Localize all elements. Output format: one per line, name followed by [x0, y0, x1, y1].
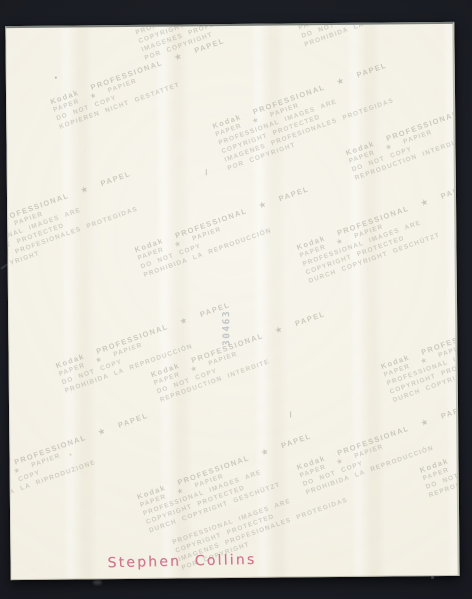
watermark-text-line: PAPER ★ PAPIER: [348, 96, 460, 166]
watermark-text-line: REPRODUCTION INTERDITE: [354, 113, 460, 183]
watermark-text-line: DO NOT COPY: [5, 428, 155, 498]
watermark-text-line: IMAGENES PROFESIONALES PROTEGIDAS: [5, 203, 144, 273]
watermark-text-line: PAPER ★ PAPIER: [139, 440, 316, 510]
watermark-text-line: DURCH COPYRIGHT GESCHÜTZT: [148, 465, 325, 535]
watermark-tile: Kodak PROFESSIONAL ★ PAPELPAPER ★ PAPIER…: [345, 87, 460, 183]
smudge-mark: [93, 580, 102, 585]
watermark-tile: Kodak PROFESSIONAL ★ PAPELPAPER ★ PAPIER…: [133, 184, 319, 280]
watermark-text-line: Kodak PROFESSIONAL ★ PAPEL: [419, 405, 460, 475]
watermark-text-line: PROFESSIONAL IMAGES ARE: [301, 199, 459, 269]
handwritten-name: Stephen Collins: [107, 552, 256, 572]
watermark-text-line: PAPER ★ PAPIER: [52, 45, 229, 115]
watermark-text-line: PROFESSIONAL IMAGES ARE: [171, 479, 343, 547]
watermark-text-line: POR COPYRIGHT: [5, 211, 147, 281]
watermark-tile: Kodak PROFESSIONAL ★ PAPELPAPER ★ PAPIER…: [296, 402, 460, 498]
watermark-text-line: Kodak PROFESSIONAL ★ PAPEL: [55, 300, 232, 370]
watermark-text-line: PROFESSIONAL IMAGES ARE: [134, 22, 306, 38]
watermark-tile: Kodak PROFESSIONAL ★ PAPELPAPER ★ PAPIER…: [49, 36, 235, 132]
watermark-text-line: DURCH COPYRIGHT GESCHÜTZT: [307, 216, 459, 286]
watermark-tile: Kodak PROFESSIONAL ★ PAPELPAPER ★ PAPIER…: [294, 22, 459, 49]
watermark-tile: Kodak PROFESSIONAL ★ PAPELPAPER ★ PAPIER…: [295, 182, 459, 286]
watermark-text-line: COPYRIGHT PROTECTED: [389, 326, 460, 396]
watermark-text-line: Kodak PROFESSIONAL ★ PAPEL: [296, 402, 460, 472]
watermark-text-line: VIETATA LA RIPRODUZIONE: [5, 436, 158, 506]
watermark-text-line: DO NOT COPY: [139, 201, 316, 271]
watermark-text-line: DO NOT COPY: [425, 421, 460, 491]
watermark-tile: Kodak PROFESSIONAL ★ PAPELPAPER ★ PAPIER…: [55, 300, 241, 396]
watermark-text-line: IMAGENES PROFESIONALES PROTEGIDAS: [223, 94, 400, 164]
watermark-text-line: PAPER ★ PAPIER: [383, 309, 460, 379]
watermark-text-line: Kodak PROFESSIONAL ★ PAPEL: [136, 431, 313, 501]
watermark-tile: Kodak PROFESSIONAL ★ PAPELPAPER ★ PAPIER…: [150, 309, 336, 405]
watermark-text-line: COPYRIGHT PROTECTED: [304, 207, 459, 277]
watermark-text-line: PAPER ★ PAPIER: [5, 177, 135, 247]
watermark-layer: Kodak PROFESSIONAL ★ PAPELPAPER ★ PAPIER…: [6, 24, 452, 28]
watermark-text-line: Kodak PROFESSIONAL ★ PAPEL: [5, 411, 149, 481]
watermark-text-line: DO NOT COPY: [351, 104, 460, 174]
watermark-text-line: Kodak PROFESSIONAL ★ PAPEL: [345, 87, 460, 157]
watermark-text-line: PAPER ★ PAPIER: [422, 413, 460, 483]
watermark-text-line: Kodak PROFESSIONAL ★ PAPEL: [294, 22, 459, 24]
watermark-text-line: DURCH COPYRIGHT GESCHÜTZT: [392, 335, 460, 405]
watermark-text-line: COPYRIGHT PROTECTED: [137, 22, 309, 46]
watermark-text-line: POR COPYRIGHT: [143, 22, 315, 63]
photo-scan: Kodak PROFESSIONAL ★ PAPELPAPER ★ PAPIER…: [0, 0, 472, 599]
watermark-text-line: PROFESSIONAL IMAGES ARE: [142, 448, 319, 518]
watermark-text-line: PAPER ★ PAPIER: [214, 69, 391, 139]
watermark-text-line: Kodak PROFESSIONAL ★ PAPEL: [5, 169, 132, 239]
watermark-text-line: Kodak PROFESSIONAL ★ PAPEL: [211, 60, 388, 130]
watermark-text-line: COPYRIGHT PROTECTED: [145, 457, 322, 527]
watermark-text-line: REPRODUCTION INTERDITE: [428, 430, 460, 500]
watermark-text-line: DO NOT COPY: [302, 419, 460, 489]
watermark-text-line: Kodak PROFESSIONAL ★ PAPEL: [49, 36, 226, 106]
watermark-text-line: PAPER ★ PAPIER: [297, 22, 459, 32]
watermark-tile: PROFESSIONAL IMAGES ARECOPYRIGHT PROTECT…: [134, 22, 315, 63]
watermark-text-line: PROFESSIONAL IMAGES ARE: [5, 186, 138, 256]
watermark-text-line: COPYRIGHT PROTECTED: [174, 487, 346, 555]
watermark-text-line: PAPER ★ PAPIER: [58, 308, 235, 378]
watermark-tile: Kodak PROFESSIONAL ★ PAPELPAPER ★ PAPIER…: [211, 60, 403, 173]
watermark-text-line: PROHIBIDA LA REPRODUCCIÓN: [143, 210, 320, 280]
watermark-text-line: COPYRIGHT PROTECTED: [5, 194, 141, 264]
watermark-tile: Kodak PROFESSIONAL ★ PAPELPAPER ★ PAPIER…: [5, 169, 147, 282]
watermark-text-line: PAPER ★ PAPIER: [5, 419, 152, 489]
paper-tick: [206, 169, 207, 175]
photo-paper-back: Kodak PROFESSIONAL ★ PAPELPAPER ★ PAPIER…: [5, 22, 459, 580]
watermark-text-line: DO NOT COPY: [55, 53, 232, 123]
watermark-text-line: PAPER ★ PAPIER: [136, 193, 313, 263]
paper-speck: [55, 77, 57, 79]
watermark-text-line: IMAGENES PROFESIONALES PROTEGIDAS: [140, 22, 312, 55]
watermark-text-line: DO NOT COPY: [300, 22, 459, 41]
watermark-text-line: PROFESSIONAL IMAGES ARE: [217, 77, 394, 147]
watermark-tile: Kodak PROFESSIONAL ★ PAPELPAPER ★ PAPIER…: [5, 411, 158, 507]
watermark-text-line: Kodak PROFESSIONAL ★ PAPEL: [133, 184, 310, 254]
dust-speck: [431, 576, 434, 579]
watermark-tile: Kodak PROFESSIONAL ★ PAPELPAPER ★ PAPIER…: [419, 405, 460, 501]
watermark-text-line: REPRODUCTION INTERDITE: [159, 335, 336, 405]
watermark-text-line: Kodak PROFESSIONAL ★ PAPEL: [295, 182, 459, 252]
watermark-text-line: POR COPYRIGHT: [226, 103, 403, 173]
watermark-tile: Kodak PROFESSIONAL ★ PAPELPAPER ★ PAPIER…: [136, 431, 325, 535]
watermark-text-line: Kodak PROFESSIONAL ★ PAPEL: [380, 301, 460, 371]
watermark-text-line: PROHIBIDA LA REPRODUCCIÓN: [305, 427, 460, 497]
watermark-text-line: DO NOT COPY: [61, 317, 238, 387]
watermark-text-line: PAPER ★ PAPIER: [153, 318, 330, 388]
paper-tick: [290, 411, 291, 417]
watermark-text-line: PAPER ★ PAPIER: [298, 190, 459, 260]
paper-speck: [69, 454, 71, 456]
watermark-text-line: PROHIBIDA LA REPRODUCCIÓN: [303, 22, 459, 49]
watermark-text-line: KOPIEREN NICHT GESTATTET: [58, 61, 235, 131]
watermark-text-line: Kodak PROFESSIONAL ★ PAPEL: [150, 309, 327, 379]
watermark-text-line: COPYRIGHT PROTECTED: [220, 86, 397, 156]
stamp-number: 30463: [221, 304, 235, 346]
watermark-text-line: PROFESSIONAL IMAGES ARE: [386, 318, 460, 388]
watermark-text-line: PAPER ★ PAPIER: [299, 410, 460, 480]
watermark-text-line: DO NOT COPY: [156, 326, 333, 396]
watermark-text-line: PROHIBIDA LA REPRODUCCIÓN: [64, 325, 241, 395]
watermark-tile: Kodak PROFESSIONAL ★ PAPELPAPER ★ PAPIER…: [380, 301, 460, 405]
